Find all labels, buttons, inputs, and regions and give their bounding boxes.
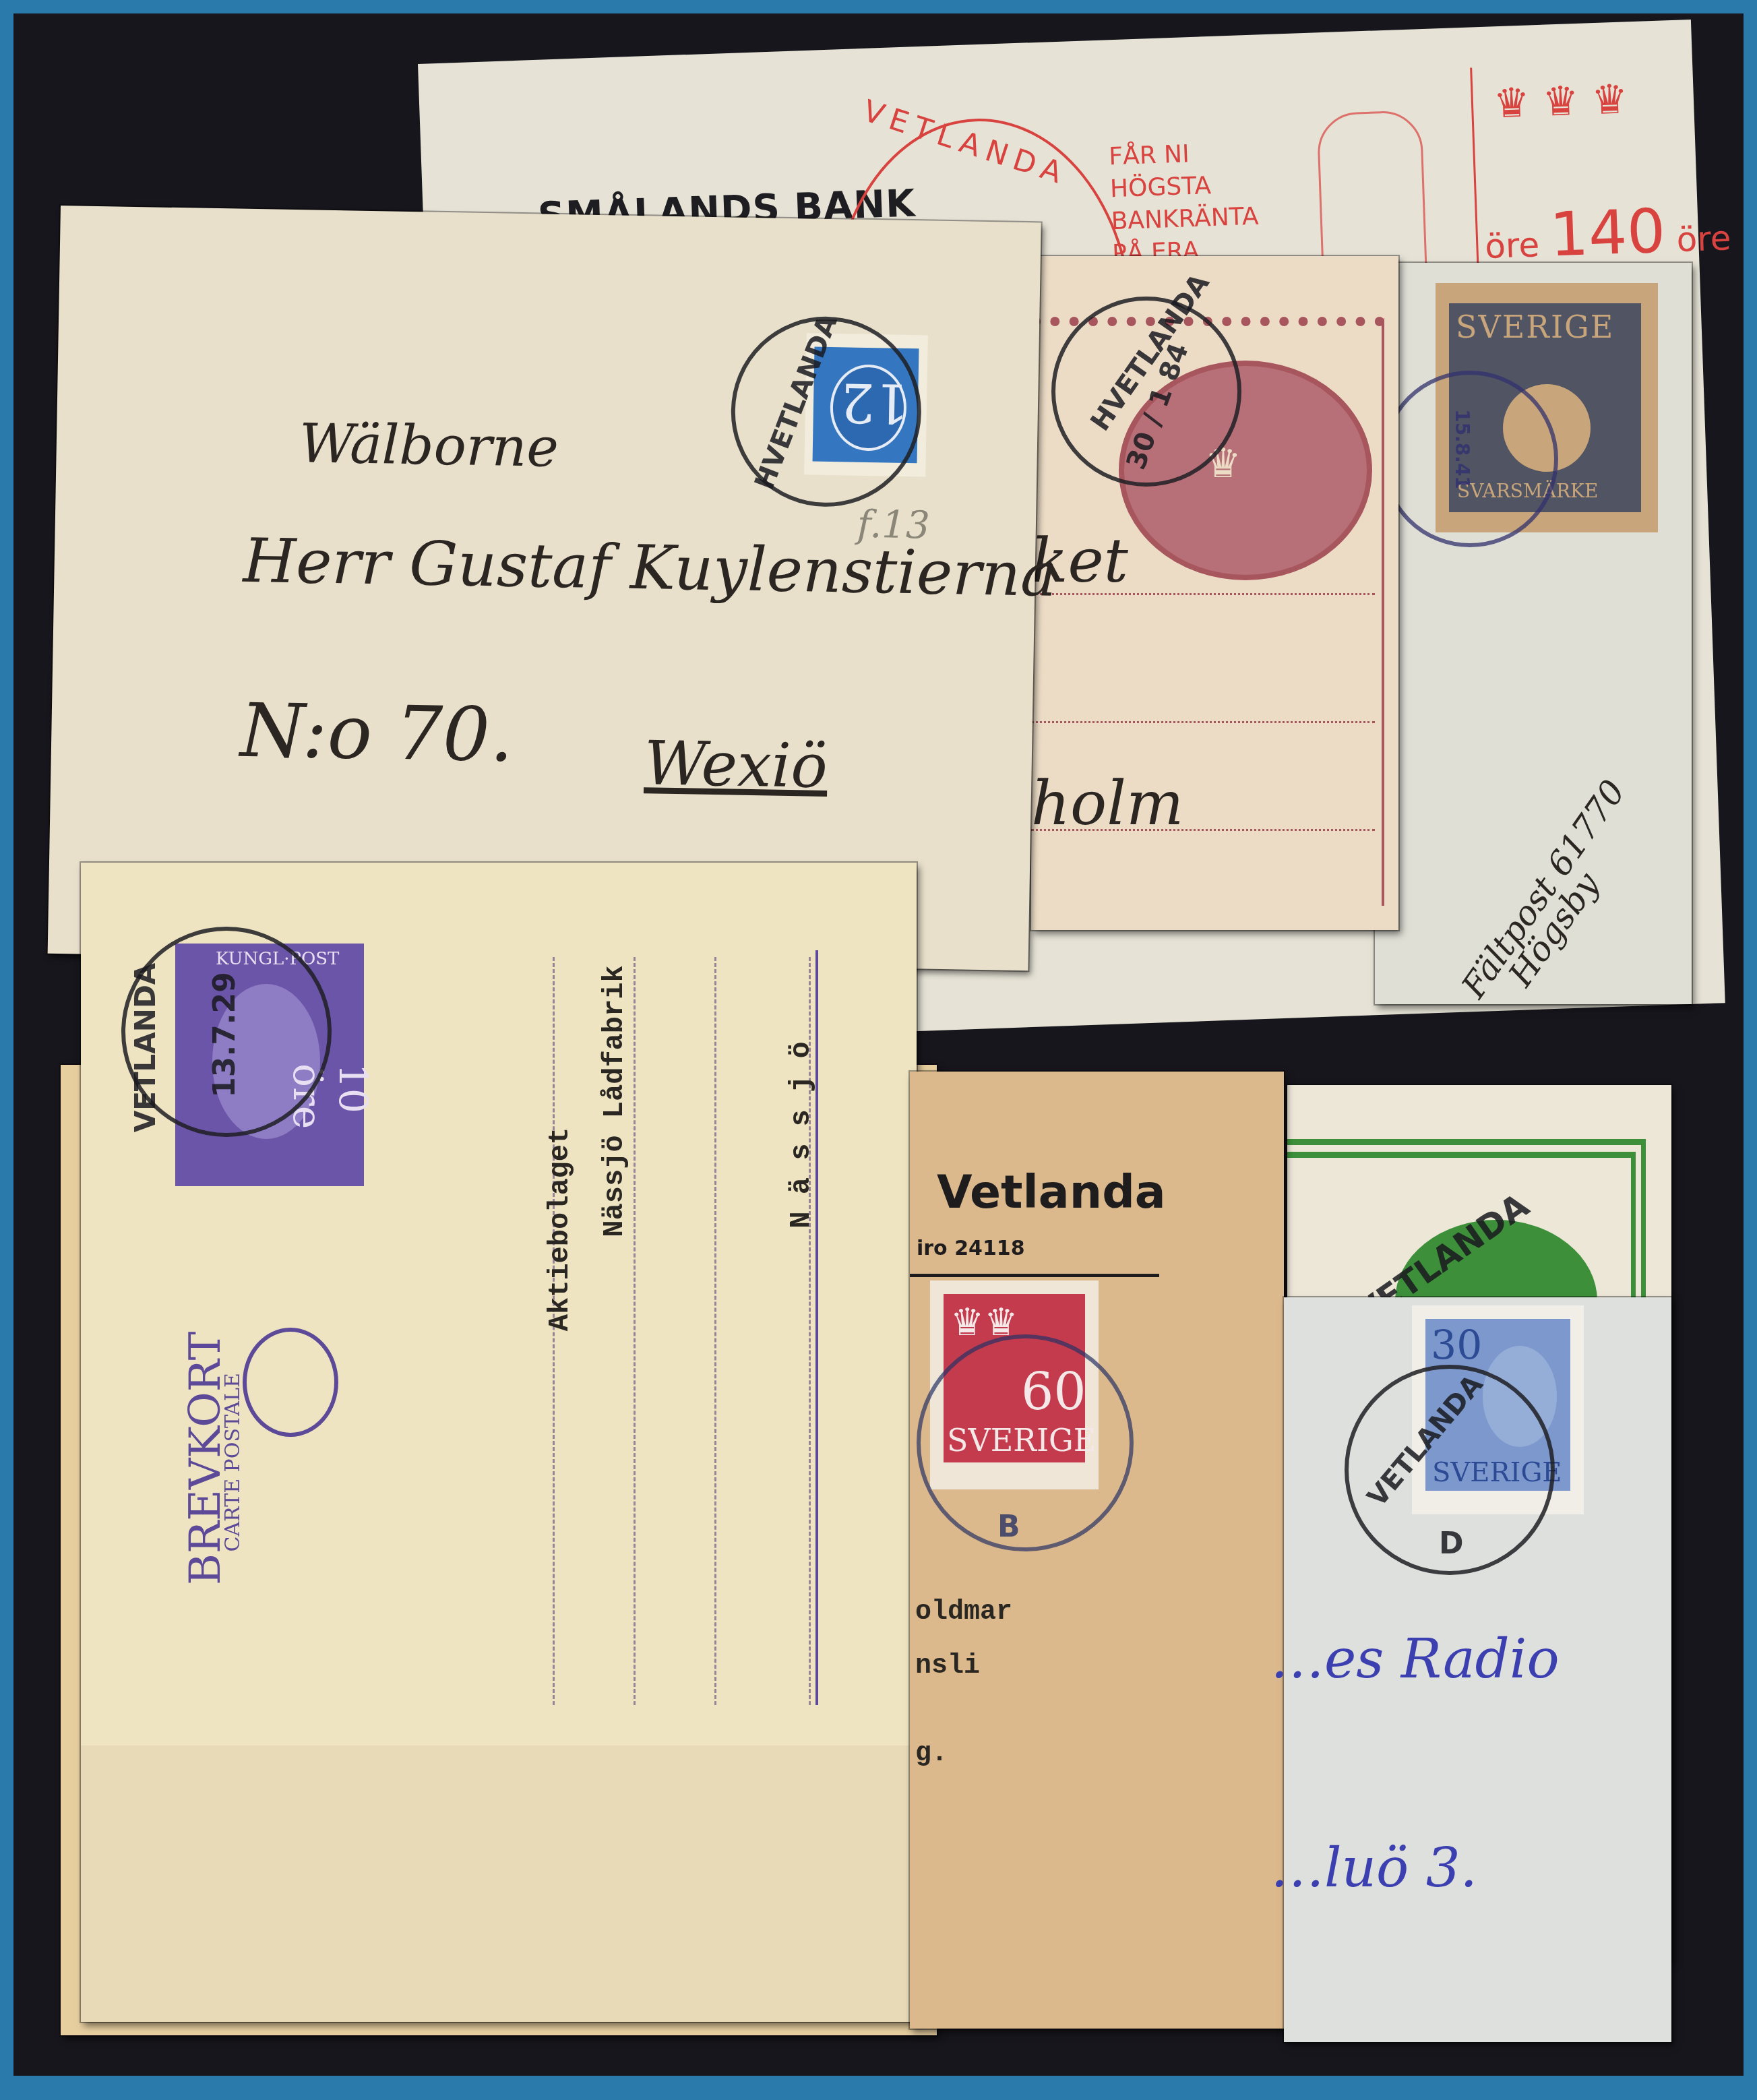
address-salutation: Wälborne <box>299 412 559 479</box>
address-line: Aktiebolaget <box>544 1128 576 1331</box>
meter-suffix: öre <box>1676 218 1732 259</box>
address-line: oldmar <box>915 1597 1012 1628</box>
stamp-country: SVERIGE <box>1456 309 1614 345</box>
address-number: N:o 70. <box>239 687 514 778</box>
address-line: N ä s s j ö <box>785 1041 818 1228</box>
brevkort-card: KUNGL·POST 10 öre 13.7.29 VETLANDA BREVK… <box>81 863 917 2022</box>
address-fragment: holm <box>1031 768 1183 839</box>
handwritten-address: …es Radio <box>1270 1628 1560 1690</box>
meter-prefix: öre <box>1484 225 1540 266</box>
address-line: nsli <box>915 1651 980 1681</box>
postmark <box>917 1334 1134 1551</box>
brevkort-subtitle: CARTE POSTALE <box>221 1316 245 1552</box>
coat-of-arms-icon <box>243 1328 338 1437</box>
meter-value: 140 <box>1549 196 1667 271</box>
address-line: Nässjö Lådfabrik <box>598 965 631 1237</box>
letter-cover: 12 HVETLANDA f.13 Wälborne Herr Gustaf K… <box>48 206 1041 970</box>
postmark-town: VETLANDA <box>129 963 162 1133</box>
radio-cover: 30 SVERIGE VETLANDA D …es Radio …luö 3. <box>1284 1297 1671 2042</box>
faltpost-cover: SVERIGE SVARSMÄRKE 15.8.41 Fältpost 6177… <box>1375 263 1692 1004</box>
postmark-suffix: D <box>1439 1526 1464 1561</box>
address-name: Herr Gustaf Kuylenstierna <box>243 526 1057 611</box>
vetlanda-cover: Vetlanda iro 24118 ♛♛ 60 SVERIGE B oldma… <box>910 1072 1284 2029</box>
stamp-value: 30 <box>1431 1322 1482 1369</box>
address-line: g. <box>915 1739 948 1769</box>
giro-number: iro 24118 <box>917 1237 1025 1260</box>
crowns-icon: ♛ ♛ ♛ <box>1493 75 1629 127</box>
handwritten-address: …luö 3. <box>1270 1836 1477 1899</box>
address-city: Wexiö <box>644 728 828 802</box>
postal-card-1884: ♛ HVETLANDA 30 / 1 84 ket holm <box>1031 256 1398 930</box>
cover-header: Vetlanda <box>937 1166 1166 1219</box>
postmark-suffix: B <box>997 1510 1020 1544</box>
postmark-date: 15.8.41 <box>1451 409 1473 489</box>
postmark-date: 13.7.29 <box>208 972 242 1098</box>
